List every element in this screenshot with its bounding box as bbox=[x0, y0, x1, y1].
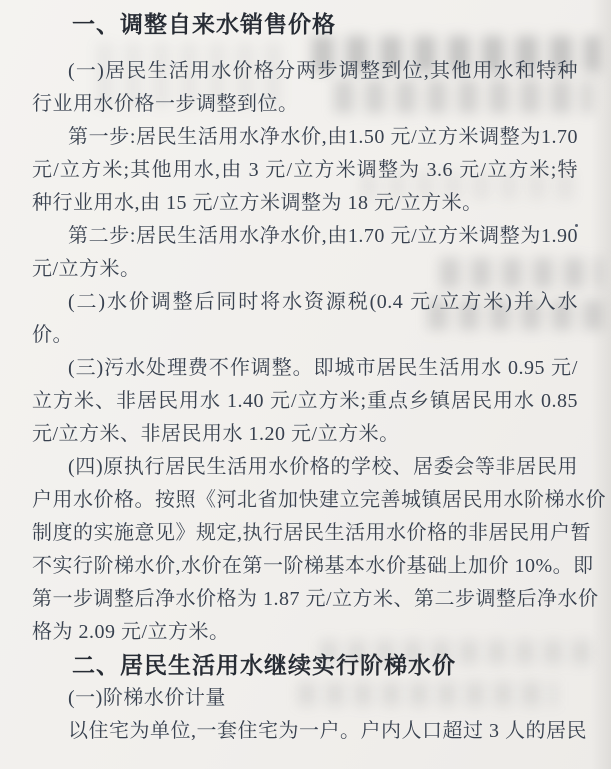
scan-edge-shadow bbox=[591, 0, 611, 769]
section-heading: 二、居民生活用水继续实行阶梯水价 bbox=[32, 649, 578, 682]
text-line: 元/立方米、非居民用水 1.20 元/立方米。 bbox=[32, 418, 578, 451]
text-line: 不实行阶梯水价,水价在第一阶梯基本水价基础上加价 10%。即 bbox=[32, 550, 578, 583]
text-line: (一)阶梯水价计量 bbox=[32, 682, 578, 715]
text-line: 格为 2.09 元/立方米。 bbox=[32, 616, 578, 649]
text-line: 制度的实施意见》规定,执行居民生活用水价格的非居民用户暂 bbox=[32, 517, 578, 550]
text-line: 户用水价格。按照《河北省加快建立完善城镇居民用水阶梯水价 bbox=[32, 484, 578, 517]
text-line: (三)污水处理费不作调整。即城市居民生活用水 0.95 元/ bbox=[32, 352, 578, 385]
text-line: (四)原执行居民生活用水价格的学校、居委会等非居民用 bbox=[32, 451, 578, 484]
text-line: 以住宅为单位,一套住宅为一户。户内人口超过 3 人的居民 bbox=[32, 715, 578, 748]
document-text-column: 一、调整自来水销售价格(一)居民生活用水价格分两步调整到位,其他用水和特种行业用… bbox=[32, 8, 578, 748]
text-line: 第二步:居民生活用水净水价,由1.70 元/立方米调整为1.90 bbox=[32, 220, 578, 253]
text-line: 第一步:居民生活用水净水价,由1.50 元/立方米调整为1.70 bbox=[32, 121, 578, 154]
text-line: 价。 bbox=[32, 319, 578, 352]
section-heading: 一、调整自来水销售价格 bbox=[32, 8, 578, 41]
text-line: 元/立方米;其他用水,由 3 元/立方米调整为 3.6 元/立方米;特 bbox=[32, 154, 578, 187]
text-line: 种行业用水,由 15 元/立方米调整为 18 元/立方米。 bbox=[32, 187, 578, 220]
text-line: 立方米、非居民用水 1.40 元/立方米;重点乡镇居民用水 0.85 bbox=[32, 385, 578, 418]
text-line: (二)水价调整后同时将水资源税(0.4 元/立方米)并入水 bbox=[32, 286, 578, 319]
scanned-document-page: 一、调整自来水销售价格(一)居民生活用水价格分两步调整到位,其他用水和特种行业用… bbox=[0, 0, 611, 769]
text-line: 元/立方米。 bbox=[32, 253, 578, 286]
text-line: (一)居民生活用水价格分两步调整到位,其他用水和特种 bbox=[32, 55, 578, 88]
text-line: 行业用水价格一步调整到位。 bbox=[32, 88, 578, 121]
text-line: 第一步调整后净水价格为 1.87 元/立方米、第二步调整后净水价 bbox=[32, 583, 578, 616]
